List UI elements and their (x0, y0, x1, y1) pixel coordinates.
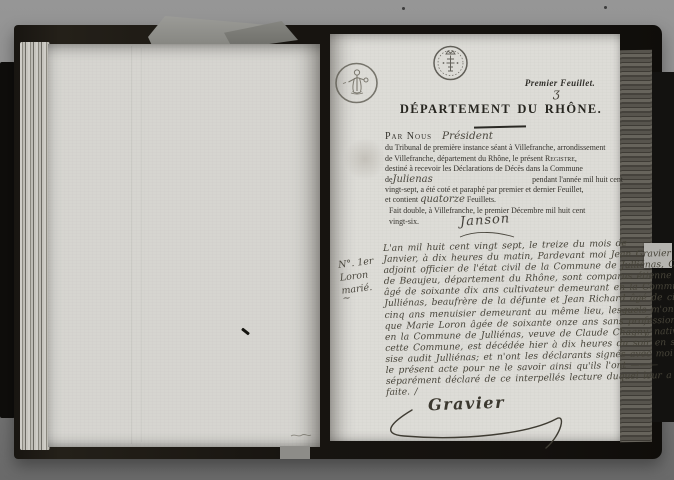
left-page (48, 44, 320, 447)
paraph-mark: ʒ (553, 86, 560, 100)
signature-flourish (376, 404, 576, 456)
handwritten-feuillet-count: quatorze (420, 194, 465, 205)
background-speck (604, 6, 607, 9)
registre-smallcaps: Registre, (545, 154, 577, 163)
commune-line-rest: pendant l'année mil huit cent (532, 175, 623, 185)
death-act-text: L'an mil huit cent vingt sept, le treize… (383, 237, 658, 398)
preamble: Par Nous Président du Tribunal de premiè… (385, 131, 625, 206)
scanner-edge-band (0, 62, 15, 418)
margin-note: N°. 1er Loron marié. ∼ (338, 253, 389, 301)
preamble-lead-row: Par Nous Président (385, 131, 625, 142)
handwritten-role: Président (442, 130, 493, 142)
clerk-signature-swash (458, 228, 518, 240)
binding-bottom-notch (280, 446, 310, 459)
preamble-line-text: de Villefranche, département du Rhône, l… (385, 154, 545, 163)
contient-prefix: et contient (385, 195, 420, 204)
spacer (433, 175, 532, 185)
feuillet-label: Premier Feuillet. (512, 78, 608, 88)
ink-bleed-smudge (344, 138, 386, 180)
preamble-line: de Villefranche, département du Rhône, l… (385, 154, 625, 164)
oval-seal-stamp (333, 60, 380, 106)
round-seal-stamp (431, 44, 470, 82)
par-nous-label: Par Nous (385, 131, 432, 142)
page-crease (131, 46, 132, 444)
contient-suffix: Feuillets. (467, 195, 496, 204)
page-title: DÉPARTEMENT DU RHÔNE. (395, 102, 607, 117)
page-crease (141, 48, 142, 442)
background-speck (402, 7, 405, 10)
preamble-line: du Tribunal de première instance séant à… (385, 143, 625, 153)
preamble-commune-line: de Julienas pendant l'année mil huit cen… (385, 175, 623, 185)
faint-pencil-mark (290, 431, 312, 439)
scanned-register-photo: { "palette": { "background_top": "#96969… (0, 0, 674, 480)
handwritten-commune: Julienas (392, 175, 432, 185)
page-stack-left-edge (20, 42, 50, 450)
